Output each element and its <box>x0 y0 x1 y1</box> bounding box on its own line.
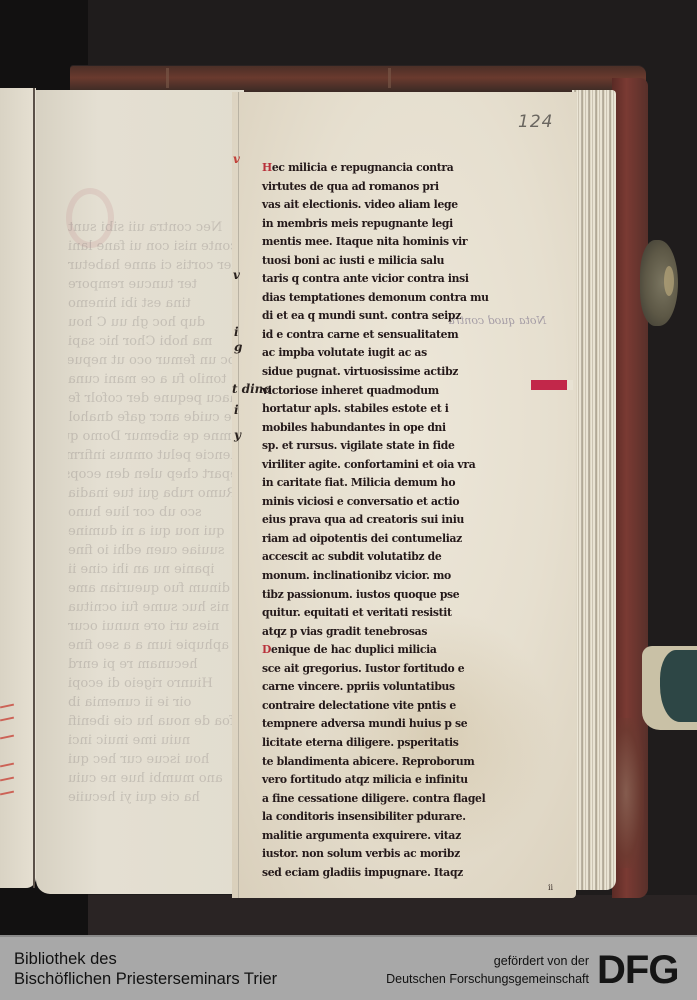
red-mark <box>0 704 14 709</box>
text-line: sp. et rursus. vigilate state in fide <box>262 436 441 455</box>
library-credit: Bibliothek des Bischöflichen Priestersem… <box>14 949 277 989</box>
gutter-line <box>238 92 239 898</box>
red-mark <box>0 777 14 782</box>
margin-gloss: g <box>234 340 242 354</box>
funding-line-2: Deutschen Forschungsgemeinschaft <box>386 970 589 988</box>
text-line: mentis mee. Itaque nita hominis vir <box>262 232 441 251</box>
show-through-line: tuencie pelut omnus infirma <box>68 448 244 467</box>
mirrored-margin-note: Nota quod contra <box>448 314 546 327</box>
ruling-line <box>33 88 35 888</box>
footer-banner: Bibliothek des Bischöflichen Priestersem… <box>0 935 697 1000</box>
show-through-text: Nec contra uii sibi suntconte nisi con u… <box>68 220 244 810</box>
left-page-verso: Nec contra uii sibi suntconte nisi con u… <box>36 90 244 894</box>
text-line: carne vincere. ppriis voluntatibus <box>262 677 441 696</box>
margin-gloss: v <box>233 268 240 282</box>
text-line: Hec milicia e repugnancia contra <box>262 158 441 177</box>
previous-page-edge <box>0 88 36 888</box>
text-line: in membris meis repugnante legi <box>262 214 441 233</box>
red-mark <box>0 735 14 740</box>
text-line: monum. inclinationibz vicior. mo <box>262 566 441 585</box>
text-line: vero fortitudo atqz milicia e infinitu <box>262 770 441 789</box>
show-through-line: nuiu ime inuic inci <box>68 733 244 752</box>
show-through-line: conte nisi con ui fane lani <box>68 239 244 258</box>
board-seam <box>388 68 391 88</box>
dfg-logo: DFG <box>597 952 678 988</box>
text-line: minis viciosi e conversatio et actio <box>262 492 441 511</box>
show-through-line: ipanie nu an ihi cine ii <box>68 562 244 581</box>
show-through-line: Nec contra uii sibi sunt <box>68 220 244 239</box>
margin-gloss: y <box>234 428 241 442</box>
manuscript-viewer: Nec contra uii sibi suntconte nisi con u… <box>0 0 697 935</box>
text-line: tempnere adversa mundi huius p se <box>262 714 441 733</box>
page-stack-fore-edge <box>572 90 616 890</box>
text-line: mobiles habundantes in ope dni <box>262 418 441 437</box>
show-through-line: nies uri ore nunui ocur <box>68 619 244 638</box>
show-through-line: suuiae cuen edhi io fine <box>68 543 244 562</box>
text-line: tibz passionum. iustos quoque pse <box>262 585 441 604</box>
show-through-line: dinum fuo queurian ame <box>68 581 244 600</box>
cover-wear <box>614 718 644 868</box>
library-line-1: Bibliothek des <box>14 949 277 969</box>
show-through-line: ano mumbi hue ne cuiu <box>68 771 244 790</box>
show-through-line: aphupie ium a a seo fine <box>68 638 244 657</box>
text-line: in caritate fiat. Milicia demum ho <box>262 473 441 492</box>
show-through-line: tonilo fu a ce mani cuna <box>68 372 244 391</box>
text-line: licitate eterna diligere. psperitatis <box>262 733 441 752</box>
text-line: viriliter agite. confortamini et oia vra <box>262 455 441 474</box>
red-mark <box>0 717 14 722</box>
quire-mark: ii <box>548 883 553 892</box>
text-line: hortatur apls. stabiles estote et i <box>262 399 441 418</box>
rubricated-initial: D <box>262 642 271 656</box>
text-line: virtutes de qua ad romanos pri <box>262 177 441 196</box>
show-through-line: ner cortis ci anne habetur <box>68 258 244 277</box>
show-through-line: ha cie qui yi hecuiie <box>68 790 244 809</box>
text-line: contraire delectatione vite pntis e <box>262 696 441 715</box>
show-through-line: hecunam re pi enrd <box>68 657 244 676</box>
text-line: atqz p vias gradit tenebrosas <box>262 622 441 641</box>
backdrop-bottom <box>88 895 697 935</box>
text-line: taris q contra ante vicior contra insi <box>262 269 441 288</box>
text-line: iustor. non solum verbis ac moribz <box>262 844 441 863</box>
clasp-top <box>640 240 678 326</box>
text-line: dias temptationes demonum contra mu <box>262 288 441 307</box>
red-mark <box>0 791 14 796</box>
clasp-bottom <box>642 646 697 730</box>
text-line: di et ea q mundi sunt. contra seipz <box>262 306 441 325</box>
text-line: Denique de hac duplici milicia <box>262 640 441 659</box>
margin-gloss: i <box>234 403 239 417</box>
board-seam <box>166 68 169 88</box>
show-through-line: repart chep ulen den ecops <box>68 467 244 486</box>
show-through-line: qui nou qui a ni dumine <box>68 524 244 543</box>
red-mark <box>0 763 14 768</box>
clasp-leather <box>660 650 697 722</box>
manuscript-text-column: Hec milicia e repugnancia contravirtutes… <box>262 158 454 881</box>
show-through-line: hou iscue cur hec qui <box>68 752 244 771</box>
show-through-line: dup hoc gh uu C hou <box>68 315 244 334</box>
text-line: eius prava qua ad creatoris sui iniu <box>262 510 441 529</box>
show-through-line: hoc un femur oco ut nepue <box>68 353 244 372</box>
text-line: sidue pugnat. virtuosissime actibz <box>262 362 441 381</box>
clasp-knob <box>664 266 674 296</box>
margin-gloss: i <box>234 325 239 339</box>
show-through-line: Rumo ruba gui tue inadia <box>68 486 244 505</box>
show-through-line: ma hobi Chor hic sapi <box>68 334 244 353</box>
show-through-line: femne qe sibemur Domo que <box>68 429 244 448</box>
funding-credit: gefördert von der Deutschen Forschungsge… <box>386 952 589 988</box>
text-line: id e contra carne et sensualitatem <box>262 325 441 344</box>
bookmark-ribbon <box>531 380 573 390</box>
text-line: victoriose inheret quadmodum <box>262 381 441 400</box>
folio-number: 124 <box>518 112 553 132</box>
text-line: quitur. equitati et veritati resistit <box>262 603 441 622</box>
show-through-line: sco ub cor liue huno <box>68 505 244 524</box>
margin-gloss: v <box>233 152 240 166</box>
binding-cover-right <box>612 78 648 898</box>
show-through-line: nis huc sume fui ocnitua <box>68 600 244 619</box>
show-through-line: ter tuncue rempore <box>68 277 244 296</box>
show-through-line: iue cuide ancr gafe dnaholo <box>68 410 244 429</box>
text-line: te blandimenta abicere. Reproborum <box>262 752 441 771</box>
text-line: accescit ac subdit volutatibz de <box>262 547 441 566</box>
rubricated-initial: H <box>262 160 272 174</box>
text-line: sed eciam gladiis impugnare. Itaqz <box>262 863 441 882</box>
text-line: vas ait electionis. video aliam lege <box>262 195 441 214</box>
funding-line-1: gefördert von der <box>386 952 589 970</box>
dfg-logo-text: DFG <box>597 952 678 988</box>
show-through-line: tina est ibi hinemo <box>68 296 244 315</box>
text-line: malitie argumenta exquirere. vitaz <box>262 826 441 845</box>
text-line: tuosi boni ac iusti e milicia salu <box>262 251 441 270</box>
show-through-line: oir ie ii cunemia ib <box>68 695 244 714</box>
text-line: a fine cessatione diligere. contra flage… <box>262 789 441 808</box>
text-line: ac impba volutate iugit ac as <box>262 343 441 362</box>
show-through-line: Hiunro rigeio di ecopi <box>68 676 244 695</box>
text-line: sce ait gregorius. Iustor fortitudo e <box>262 659 441 678</box>
library-line-2: Bischöflichen Priesterseminars Trier <box>14 969 277 989</box>
text-line: riam ad oipotentis dei contumeliaz <box>262 529 441 548</box>
show-through-line: nacu pequne der cofolr fe <box>68 391 244 410</box>
binding-board-top <box>70 66 646 92</box>
show-through-line: foa de noua hu cie ibenifi <box>68 714 244 733</box>
text-line: la conditoris insensibiliter pdurare. <box>262 807 441 826</box>
